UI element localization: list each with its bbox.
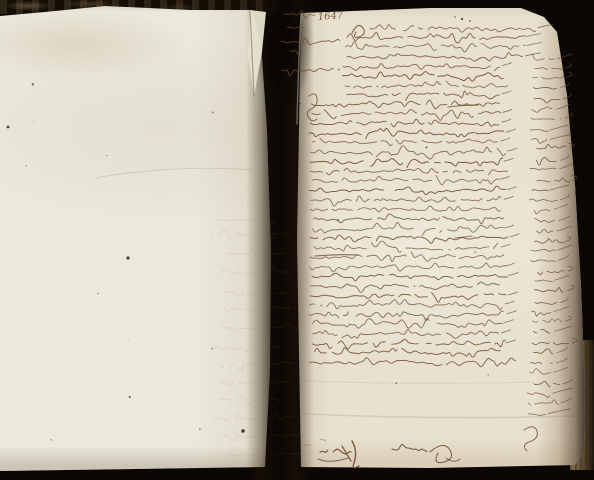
- side-column: [520, 52, 574, 437]
- signature-1: [316, 438, 370, 466]
- margin-note-date: [283, 8, 345, 22]
- margin-note-1: [289, 46, 303, 55]
- margin-note-sub: [286, 22, 308, 32]
- manuscript-scan: 1647: [0, 0, 594, 480]
- signature-2: [388, 436, 462, 464]
- body-text-block: [308, 22, 548, 367]
